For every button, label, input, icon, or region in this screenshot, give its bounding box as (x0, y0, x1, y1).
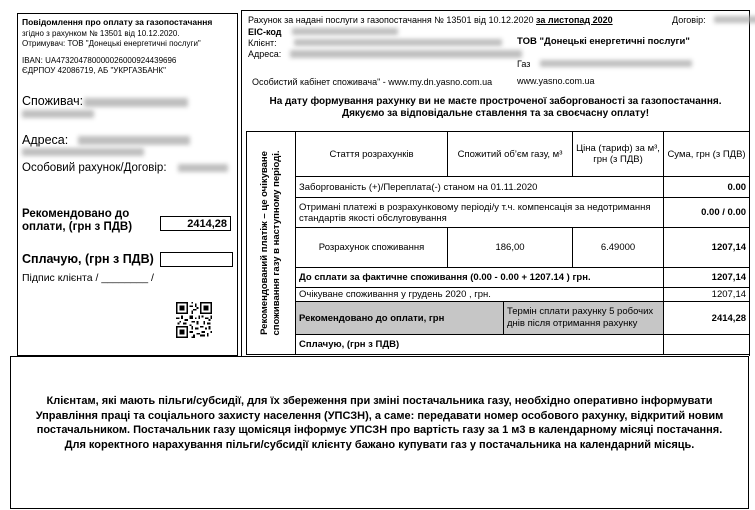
account-label: Особовий рахунок/Договір: (22, 162, 167, 174)
row-payments: Отримані платежі в розрахунковому період… (247, 198, 750, 228)
row-recommended-term: Термін сплати рахунку 5 робочих днів піс… (504, 302, 664, 335)
recommended-pay-amount: 2414,28 (160, 216, 231, 231)
slip-subtitle: згідно з рахунком № 13501 від 10.12.2020… (22, 29, 180, 38)
invoice-period: за листопад 2020 (536, 15, 613, 25)
invoice-title: Рахунок за надані послуги з газопостачан… (248, 15, 534, 25)
consumer-value2-redacted (22, 110, 94, 118)
table-side-note-cell: Рекомендований платіж – це очікуване спо… (247, 132, 296, 355)
supplier-site-url: www.yasno.com.ua (517, 76, 595, 86)
row-expected: Очікуване споживання у грудень 2020 , гр… (247, 288, 750, 302)
address-label: Адреса: (22, 133, 68, 147)
col-header-volume: Спожитий об’єм газу, м³ (448, 132, 573, 177)
slip-recipient: Отримувач: ТОВ "Донецькі енергетичні пос… (22, 39, 201, 48)
col-header-sum: Сума, грн (з ПДВ) (664, 132, 750, 177)
row-expected-label: Очікуване споживання у грудень 2020 , гр… (296, 288, 664, 302)
account-value-redacted (178, 164, 228, 172)
no-debt-notice-line2: Дякуємо за відповідальне ставлення та за… (242, 108, 749, 119)
invoice-address-redacted (290, 50, 522, 58)
qr-code (176, 302, 212, 338)
footer-box: Клієнтам, які мають пільги/субсидії, для… (10, 356, 749, 509)
consumer-label: Споживач: (22, 94, 83, 108)
table-side-note: Рекомендований платіж – це очікуване спо… (259, 137, 283, 349)
gas-invoice-document: Повідомлення про оплату за газопостачанн… (0, 0, 755, 510)
contract-value-redacted (714, 16, 755, 23)
row-due: До сплати за фактичне споживання (0.00 -… (247, 268, 750, 288)
calculation-table: Рекомендований платіж – це очікуване спо… (246, 131, 750, 355)
table-header-row: Рекомендований платіж – це очікуване спо… (247, 132, 750, 177)
gas-label: Газ (517, 59, 530, 69)
no-debt-notice-line1: На дату формування рахунку ви не маєте п… (242, 96, 749, 107)
row-consumption-price: 6.49000 (573, 228, 664, 268)
row-recommended-label: Рекомендовано до оплати, грн (296, 302, 504, 335)
contract-label: Договір: (672, 15, 706, 25)
row-pay: Сплачую, (грн з ПДВ) (247, 335, 750, 355)
recommended-pay-label: Рекомендовано до оплати, (грн з ПДВ) (22, 208, 162, 234)
gas-value-redacted (540, 60, 692, 67)
col-header-item: Стаття розрахунків (296, 132, 448, 177)
signature-line: Підпис клієнта / ________ / (22, 272, 154, 284)
supplier-name: ТОВ "Донецькі енергетичні послуги" (517, 36, 690, 47)
row-debt-label: Заборгованість (+)/Переплата(-) станом н… (296, 177, 664, 198)
row-consumption-value: 1207,14 (664, 228, 750, 268)
address-value2-redacted (22, 148, 144, 156)
subsidy-note: Клієнтам, які мають пільги/субсидії, для… (29, 394, 731, 452)
row-payments-label: Отримані платежі в розрахунковому період… (296, 198, 664, 228)
client-value-redacted (294, 39, 502, 46)
row-consumption-volume: 186,00 (448, 228, 573, 268)
cabinet-url-line: Особистий кабінет споживача" - www.my.dn… (252, 77, 492, 87)
row-recommended: Рекомендовано до оплати, грн Термін спла… (247, 302, 750, 335)
row-consumption-label: Розрахунок споживання (296, 228, 448, 268)
eic-label: ЕІС-код (248, 27, 281, 37)
slip-bank: ЄДРПОУ 42086719, АБ "УКРГАЗБАНК" (22, 66, 166, 75)
invoice-address-label: Адреса: (248, 49, 281, 59)
pay-amount-box (160, 252, 233, 267)
row-recommended-value: 2414,28 (664, 302, 750, 335)
row-pay-label: Сплачую, (грн з ПДВ) (296, 335, 664, 355)
row-due-value: 1207,14 (664, 268, 750, 288)
eic-value-redacted (292, 28, 398, 35)
invoice-title-line: Рахунок за надані послуги з газопостачан… (248, 15, 613, 25)
pay-label: Сплачую, (грн з ПДВ) (22, 252, 154, 266)
row-pay-value (664, 335, 750, 355)
slip-iban: IBAN: UA473204780000026000924439696 (22, 56, 176, 65)
row-expected-value: 1207,14 (664, 288, 750, 302)
address-value-redacted (78, 136, 190, 145)
row-consumption: Розрахунок споживання 186,00 6.49000 120… (247, 228, 750, 268)
row-payments-value: 0.00 / 0.00 (664, 198, 750, 228)
slip-title: Повідомлення про оплату за газопостачанн… (22, 17, 212, 27)
client-label: Клієнт: (248, 38, 277, 48)
consumer-value-redacted (84, 98, 188, 107)
row-debt-value: 0.00 (664, 177, 750, 198)
row-debt: Заборгованість (+)/Переплата(-) станом н… (247, 177, 750, 198)
payment-slip-panel: Повідомлення про оплату за газопостачанн… (17, 13, 238, 356)
row-due-label: До сплати за фактичне споживання (0.00 -… (296, 268, 664, 288)
invoice-region: Рахунок за надані послуги з газопостачан… (241, 10, 750, 356)
col-header-price: Ціна (тариф) за м³, грн (з ПДВ) (573, 132, 664, 177)
